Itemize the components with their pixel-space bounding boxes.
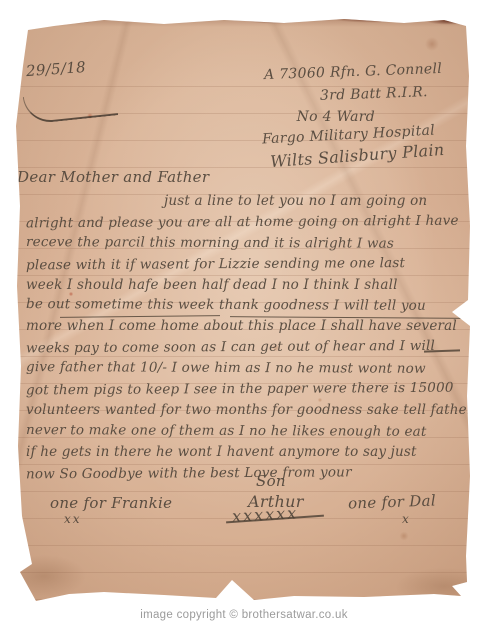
copyright-watermark: image copyright © brothersatwar.co.uk — [0, 609, 488, 621]
body-line: be out sometime this week thank goodness… — [26, 294, 470, 317]
body-line: receve the parcil this morning and it is… — [26, 232, 470, 255]
note-one-for-frankie: one for Frankie — [50, 494, 172, 512]
body-line: give father that 10/- I owe him as I no … — [26, 357, 470, 380]
frankie-kisses: xx — [64, 512, 82, 526]
dal-kiss: x — [402, 512, 409, 526]
letter-photo: 29/5/18 A 73060 Rfn. G. Connell 3rd Batt… — [0, 0, 488, 624]
signature-kisses: xxxxxx — [232, 503, 299, 525]
body-line: if he gets in there he wont I havent any… — [26, 442, 470, 463]
body-line: just a line to let you no I am going on — [26, 191, 470, 212]
body-line: more when I come home about this place I… — [26, 316, 470, 337]
paper-top-edge-stain — [14, 16, 471, 27]
letter-paper: 29/5/18 A 73060 Rfn. G. Connell 3rd Batt… — [14, 16, 471, 602]
body-line: alright and please you are all at home g… — [26, 211, 470, 235]
note-one-for-dal: one for Dal — [348, 491, 437, 512]
body-line: got them pigs to keep I see in the paper… — [26, 378, 470, 402]
address-line-ward: No 4 Ward — [297, 109, 375, 125]
body-line: volunteers wanted for two months for goo… — [26, 400, 470, 421]
body-line: please with it if wasent for Lizzie send… — [26, 252, 470, 276]
body-line: weeks pay to come soon as I can get out … — [26, 336, 470, 360]
letter-body: just a line to let you no I am going on … — [26, 191, 470, 483]
closing-son: Son — [256, 472, 286, 490]
body-line: week I should hafe been half dead I no I… — [26, 275, 470, 296]
body-line: never to make one of them as I no he lik… — [26, 420, 470, 443]
body-line: now So Goodbye with the best Love from y… — [26, 461, 470, 485]
salutation: Dear Mother and Father — [17, 168, 209, 186]
